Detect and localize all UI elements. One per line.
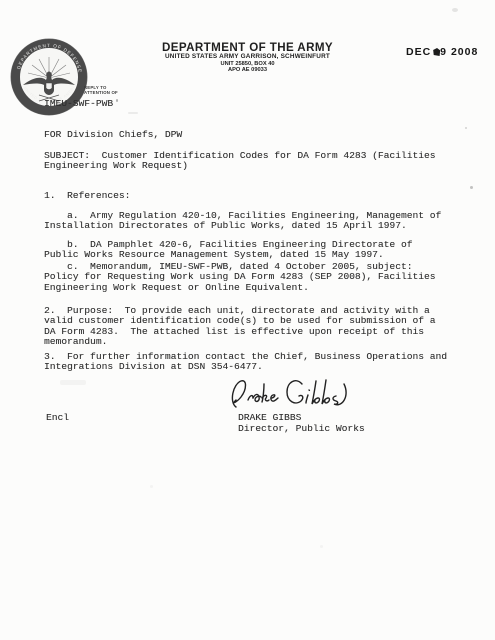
date-stamp: DEC9 2008 <box>406 46 478 58</box>
reply-to-label: REPLY TO ATTENTION OF <box>84 85 118 96</box>
scan-artifact <box>465 127 467 129</box>
letterhead-department-title: DEPARTMENT OF THE ARMY <box>100 42 395 53</box>
references-heading: 1. References: <box>44 191 130 201</box>
letterhead: DEPARTMENT OF THE ARMY UNITED STATES ARM… <box>100 42 395 73</box>
memo-page: DEPARTMENT OF DEFENSE UNITED STATES OF A… <box>0 0 495 640</box>
scan-artifact <box>452 8 458 12</box>
signer-name: DRAKE GIBBS <box>238 413 301 423</box>
scan-artifact <box>116 99 118 102</box>
scan-artifact <box>128 112 138 114</box>
reference-c: c. Memorandum, IMEU-SWF-PWB, dated 4 Oct… <box>44 262 436 293</box>
date-stamp-month: DEC <box>406 46 431 58</box>
scan-artifact <box>470 186 473 189</box>
purpose-paragraph: 2. Purpose: To provide each unit, direct… <box>44 306 436 347</box>
letterhead-apo-line: APO AE 09033 <box>100 67 395 73</box>
date-stamp-day: 9 <box>440 46 447 58</box>
scan-artifact <box>320 545 323 548</box>
date-stamp-year: 2008 <box>451 46 478 58</box>
scan-artifact <box>60 380 86 385</box>
subject-line: SUBJECT: Customer Identification Codes f… <box>44 151 436 172</box>
office-symbol: IMEU-SWF-PWB <box>44 99 113 109</box>
further-info-paragraph: 3. For further information contact the C… <box>44 352 447 373</box>
scan-artifact <box>150 485 153 488</box>
reference-b: b. DA Pamphlet 420-6, Facilities Enginee… <box>44 240 412 261</box>
reference-a: a. Army Regulation 420-10, Facilities En… <box>44 211 441 232</box>
enclosure-label: Encl <box>46 413 69 423</box>
addressee-line: FOR Division Chiefs, DPW <box>44 130 182 140</box>
signer-title: Director, Public Works <box>238 424 365 434</box>
